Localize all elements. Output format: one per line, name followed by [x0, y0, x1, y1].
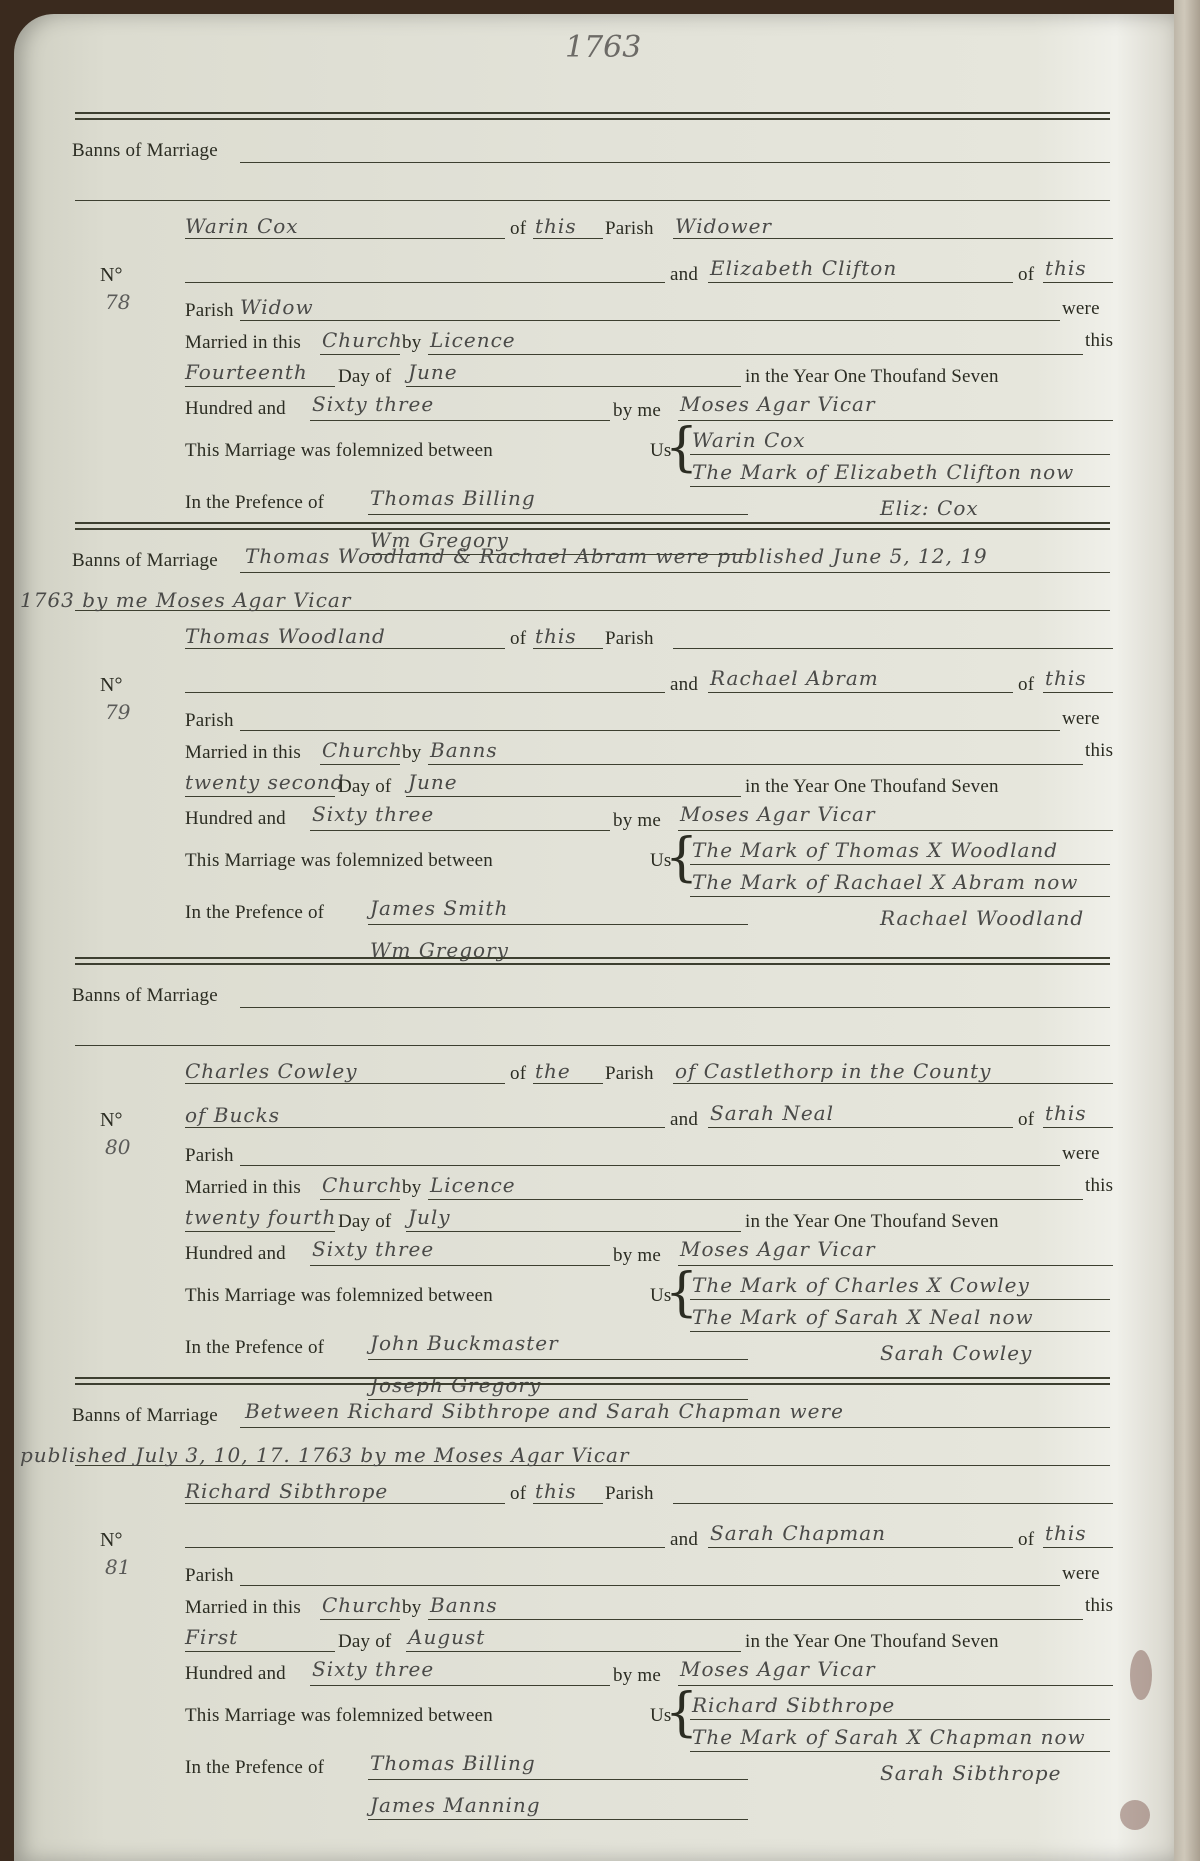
printed-label-pres: In the Prefence of [185, 1757, 324, 1779]
rule-line [75, 1377, 1110, 1385]
handwritten-gof: this [535, 1479, 577, 1503]
rule-line [533, 1503, 603, 1504]
handwritten-sig2: The Mark of Sarah X Chapman now [692, 1725, 1086, 1749]
rule-line [678, 830, 1113, 831]
printed-label-and: and [670, 1529, 698, 1551]
rule-line [310, 830, 610, 831]
rule-line [368, 514, 748, 515]
rule-line [320, 1199, 400, 1200]
handwritten-b1: Thomas Woodland & Rachael Abram were pub… [245, 544, 988, 568]
rule-line [673, 648, 1113, 649]
ink-stain [1120, 1800, 1150, 1830]
printed-label-and: and [670, 674, 698, 696]
handwritten-bride: Rachael Abram [710, 666, 879, 690]
handwritten-gof: this [535, 214, 577, 238]
printed-label-parish1: Parish [605, 628, 654, 650]
handwritten-groom: Thomas Woodland [185, 624, 386, 648]
printed-label-numv: 79 [105, 700, 130, 724]
printed-label-by: by [402, 1597, 421, 1619]
handwritten-gof: the [535, 1059, 571, 1083]
handwritten-yw: Sixty three [312, 392, 434, 416]
printed-label-byme: by me [613, 400, 661, 422]
printed-label-sol: This Marriage was folemnized between [185, 1285, 493, 1307]
rule-line [185, 282, 665, 283]
handwritten-sig1: The Mark of Charles X Cowley [692, 1273, 1030, 1297]
handwritten-yw: Sixty three [312, 1657, 434, 1681]
printed-label-and: and [670, 264, 698, 286]
printed-label-of2: of [1018, 264, 1034, 286]
handwritten-w1: Thomas Billing [370, 1751, 536, 1775]
handwritten-w1: Thomas Billing [370, 486, 536, 510]
printed-label-parish2: Parish [185, 710, 234, 732]
handwritten-place: Church [322, 738, 403, 762]
rule-line [185, 692, 665, 693]
printed-label-hund: Hundred and [185, 1243, 286, 1265]
printed-label-of2: of [1018, 1529, 1034, 1551]
printed-label-dayof: Day of [338, 1211, 391, 1233]
printed-label-of1: of [510, 1063, 526, 1085]
printed-label-sol: This Marriage was folemnized between [185, 1705, 493, 1727]
printed-label-hund: Hundred and [185, 1663, 286, 1685]
handwritten-day: twenty second [185, 770, 345, 794]
handwritten-sig1: Warin Cox [692, 428, 806, 452]
printed-label-parish1: Parish [605, 1483, 654, 1505]
page-year: 1763 [565, 30, 641, 65]
printed-label-banns: Banns of Marriage [72, 550, 218, 572]
rule-line [690, 454, 1110, 455]
handwritten-month: August [408, 1625, 485, 1649]
handwritten-now: Eliz: Cox [880, 496, 979, 520]
rule-line [185, 238, 505, 239]
printed-label-of1: of [510, 628, 526, 650]
handwritten-groom: Charles Cowley [185, 1059, 358, 1083]
rule-line [708, 1547, 1013, 1548]
handwritten-bride: Elizabeth Clifton [710, 256, 897, 280]
rule-line [690, 1751, 1110, 1752]
rule-line [368, 924, 748, 925]
rule-line [185, 796, 335, 797]
rule-line [185, 1503, 505, 1504]
printed-label-dayof: Day of [338, 776, 391, 798]
rule-line [690, 1331, 1110, 1332]
ink-stain [1130, 1650, 1152, 1700]
printed-label-dayof: Day of [338, 366, 391, 388]
rule-line [673, 1503, 1113, 1504]
handwritten-off: Moses Agar Vicar [680, 802, 876, 826]
handwritten-gstat: Widower [675, 214, 772, 238]
printed-label-pres: In the Prefence of [185, 492, 324, 514]
handwritten-month: June [408, 770, 458, 794]
handwritten-now: Sarah Cowley [880, 1341, 1032, 1365]
printed-label-inyear: in the Year One Thoufand Seven [745, 366, 999, 388]
printed-label-hund: Hundred and [185, 808, 286, 830]
printed-label-dayof: Day of [338, 1631, 391, 1653]
rule-line [240, 1585, 1060, 1586]
printed-label-were: were [1062, 1143, 1100, 1165]
handwritten-groom: Warin Cox [185, 214, 299, 238]
rule-line [428, 764, 1083, 765]
handwritten-sig2: The Mark of Sarah X Neal now [692, 1305, 1034, 1329]
printed-label-of2: of [1018, 1109, 1034, 1131]
rule-line [185, 1083, 505, 1084]
rule-line [75, 957, 1110, 965]
handwritten-off: Moses Agar Vicar [680, 392, 876, 416]
handwritten-sig1: Richard Sibthrope [692, 1693, 895, 1717]
rule-line [240, 1007, 1110, 1008]
printed-label-numv: 81 [105, 1555, 130, 1579]
rule-line [240, 320, 1060, 321]
handwritten-month: July [408, 1205, 451, 1229]
rule-line [1043, 1547, 1113, 1548]
rule-line [1043, 1127, 1113, 1128]
handwritten-off: Moses Agar Vicar [680, 1237, 876, 1261]
rule-line [240, 572, 1110, 573]
rule-line [185, 1231, 335, 1232]
printed-label-mit: Married in this [185, 742, 301, 764]
printed-label-this: this [1085, 1595, 1113, 1617]
book-edge [1174, 0, 1200, 1861]
printed-label-by: by [402, 1177, 421, 1199]
printed-label-banns: Banns of Marriage [72, 140, 218, 162]
rule-line [690, 896, 1110, 897]
printed-label-parish2: Parish [185, 1145, 234, 1167]
rule-line [75, 522, 1110, 530]
printed-label-numv: 80 [105, 1135, 130, 1159]
printed-label-hund: Hundred and [185, 398, 286, 420]
rule-line [310, 420, 610, 421]
rule-line [240, 1165, 1060, 1166]
handwritten-bstat: Widow [240, 295, 314, 319]
rule-line [533, 1083, 603, 1084]
rule-line [673, 1083, 1113, 1084]
printed-label-by: by [402, 332, 421, 354]
handwritten-sig2: The Mark of Rachael X Abram now [692, 870, 1078, 894]
rule-line [310, 1685, 610, 1686]
handwritten-byv: Licence [430, 328, 516, 352]
printed-label-parish2: Parish [185, 1565, 234, 1587]
printed-label-sol: This Marriage was folemnized between [185, 850, 493, 872]
handwritten-w1: John Buckmaster [370, 1331, 559, 1355]
handwritten-now: Sarah Sibthrope [880, 1761, 1061, 1785]
printed-label-mit: Married in this [185, 332, 301, 354]
rule-line [368, 1779, 748, 1780]
printed-label-banns: Banns of Marriage [72, 1405, 218, 1427]
printed-label-and: and [670, 1109, 698, 1131]
printed-label-banns: Banns of Marriage [72, 985, 218, 1007]
rule-line [185, 648, 505, 649]
handwritten-month: June [408, 360, 458, 384]
rule-line [406, 1651, 741, 1652]
rule-line [406, 386, 741, 387]
printed-label-this: this [1085, 330, 1113, 352]
handwritten-b2: published July 3, 10, 17. 1763 by me Mos… [20, 1443, 630, 1467]
printed-label-inyear: in the Year One Thoufand Seven [745, 1211, 999, 1233]
handwritten-bride: Sarah Chapman [710, 1521, 886, 1545]
handwritten-byv: Licence [430, 1173, 516, 1197]
printed-label-numv: 78 [105, 290, 130, 314]
handwritten-gextra: of Bucks [185, 1103, 280, 1127]
rule-line [708, 1127, 1013, 1128]
printed-label-parish2: Parish [185, 300, 234, 322]
rule-line [310, 1265, 610, 1266]
rule-line [240, 162, 1110, 163]
rule-line [673, 238, 1113, 239]
handwritten-sig2: The Mark of Elizabeth Clifton now [692, 460, 1074, 484]
rule-line [320, 764, 400, 765]
rule-line [690, 1299, 1110, 1300]
printed-label-byme: by me [613, 810, 661, 832]
rule-line [533, 238, 603, 239]
handwritten-gof: this [535, 624, 577, 648]
rule-line [678, 1265, 1113, 1266]
printed-label-parish1: Parish [605, 218, 654, 240]
printed-label-inyear: in the Year One Thoufand Seven [745, 1631, 999, 1653]
rule-line [1043, 282, 1113, 283]
rule-line [185, 386, 335, 387]
handwritten-off: Moses Agar Vicar [680, 1657, 876, 1681]
handwritten-yw: Sixty three [312, 1237, 434, 1261]
printed-label-by: by [402, 742, 421, 764]
rule-line [185, 1651, 335, 1652]
handwritten-yw: Sixty three [312, 802, 434, 826]
handwritten-day: twenty fourth [185, 1205, 336, 1229]
printed-label-no: N° [100, 1109, 122, 1132]
rule-line [368, 1359, 748, 1360]
printed-label-of1: of [510, 1483, 526, 1505]
handwritten-day: Fourteenth [185, 360, 308, 384]
rule-line [406, 1231, 741, 1232]
rule-line [368, 1819, 748, 1820]
rule-line [690, 864, 1110, 865]
handwritten-b1: Between Richard Sibthrope and Sarah Chap… [245, 1399, 844, 1423]
printed-label-pres: In the Prefence of [185, 902, 324, 924]
rule-line [428, 1619, 1083, 1620]
rule-line [708, 692, 1013, 693]
printed-label-byme: by me [613, 1245, 661, 1267]
rule-line [185, 1127, 665, 1128]
printed-label-byme: by me [613, 1665, 661, 1687]
handwritten-place: Church [322, 328, 403, 352]
printed-label-mit: Married in this [185, 1597, 301, 1619]
printed-label-no: N° [100, 264, 122, 287]
printed-label-this: this [1085, 740, 1113, 762]
handwritten-gstat: of Castlethorp in the County [675, 1059, 991, 1083]
printed-label-were: were [1062, 708, 1100, 730]
handwritten-bof: this [1045, 666, 1087, 690]
rule-line [240, 730, 1060, 731]
rule-line [320, 1619, 400, 1620]
printed-label-inyear: in the Year One Thoufand Seven [745, 776, 999, 798]
printed-label-this: this [1085, 1175, 1113, 1197]
printed-label-of2: of [1018, 674, 1034, 696]
rule-line [75, 200, 1110, 201]
rule-line [533, 648, 603, 649]
rule-line [75, 1045, 1110, 1046]
printed-label-sol: This Marriage was folemnized between [185, 440, 493, 462]
handwritten-byv: Banns [430, 738, 498, 762]
rule-line [690, 1719, 1110, 1720]
handwritten-w1: James Smith [370, 896, 508, 920]
handwritten-w2: James Manning [370, 1793, 541, 1817]
handwritten-sig1: The Mark of Thomas X Woodland [692, 838, 1058, 862]
handwritten-bof: this [1045, 256, 1087, 280]
handwritten-byv: Banns [430, 1593, 498, 1617]
rule-line [428, 354, 1083, 355]
rule-line [678, 420, 1113, 421]
printed-label-no: N° [100, 1529, 122, 1552]
printed-label-mit: Married in this [185, 1177, 301, 1199]
rule-line [690, 486, 1110, 487]
rule-line [428, 1199, 1083, 1200]
handwritten-place: Church [322, 1173, 403, 1197]
printed-label-were: were [1062, 298, 1100, 320]
handwritten-now: Rachael Woodland [880, 906, 1084, 930]
handwritten-day: First [185, 1625, 238, 1649]
handwritten-bof: this [1045, 1101, 1087, 1125]
handwritten-b2: 1763 by me Moses Agar Vicar [20, 588, 351, 612]
printed-label-of1: of [510, 218, 526, 240]
rule-line [406, 796, 741, 797]
handwritten-bride: Sarah Neal [710, 1101, 834, 1125]
handwritten-bof: this [1045, 1521, 1087, 1545]
rule-line [75, 112, 1110, 120]
printed-label-were: were [1062, 1563, 1100, 1585]
handwritten-place: Church [322, 1593, 403, 1617]
rule-line [1043, 692, 1113, 693]
printed-label-parish1: Parish [605, 1063, 654, 1085]
rule-line [708, 282, 1013, 283]
rule-line [240, 1427, 1110, 1428]
rule-line [678, 1685, 1113, 1686]
printed-label-no: N° [100, 674, 122, 697]
rule-line [185, 1547, 665, 1548]
printed-label-pres: In the Prefence of [185, 1337, 324, 1359]
handwritten-groom: Richard Sibthrope [185, 1479, 388, 1503]
rule-line [320, 354, 400, 355]
